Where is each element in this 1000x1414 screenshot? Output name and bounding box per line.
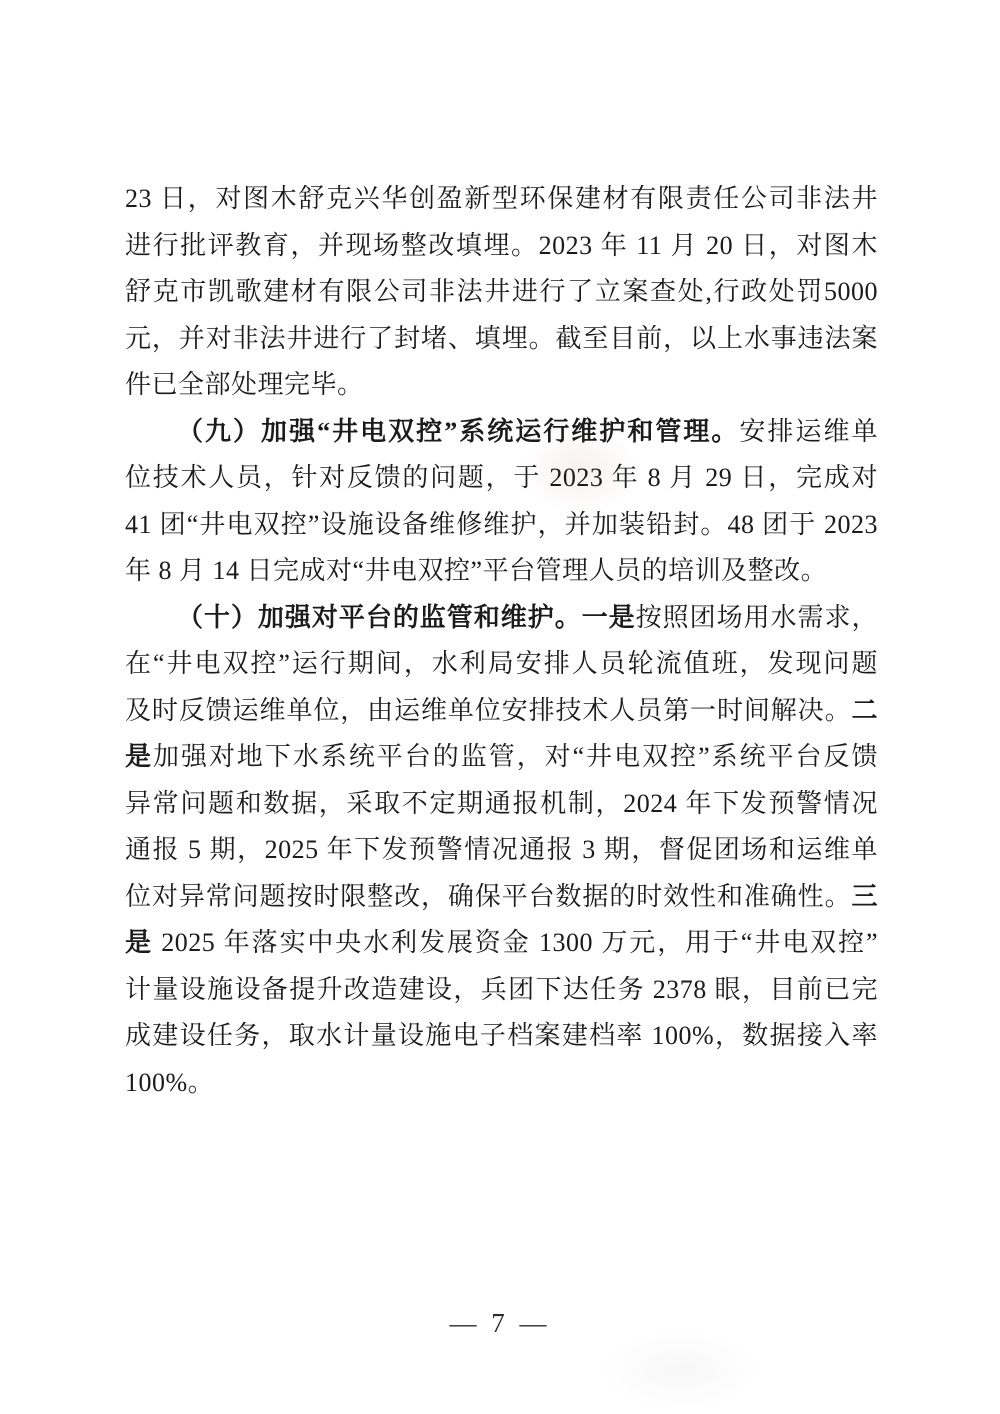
bold-text: 二 bbox=[851, 696, 878, 725]
text-line: 41 团“井电双控”设施设备维修维护，并加装铅封。48 团于 2023 bbox=[125, 502, 878, 549]
body-text: 41 团“井电双控”设施设备维修维护，并加装铅封。48 团于 2023 bbox=[125, 510, 878, 539]
text-line: 成建设任务，取水计量设施电子档案建档率 100%，数据接入率 bbox=[125, 1013, 878, 1060]
document-body: 23 日，对图木舒克兴华创盈新型环保建材有限责任公司非法井进行批评教育，并现场整… bbox=[125, 176, 878, 1106]
body-text: 舒克市凯歌建材有限公司非法井进行了立案查处,行政处罚5000 bbox=[125, 277, 878, 306]
body-text: 位对异常问题按时限整改，确保平台数据的时效性和准确性。 bbox=[125, 882, 851, 911]
bold-text: 一是 bbox=[582, 603, 636, 632]
text-line: 是 2025 年落实中央水利发展资金 1300 万元，用于“井电双控” bbox=[125, 920, 878, 967]
body-text: 安排运维单 bbox=[739, 417, 878, 446]
text-line: 舒克市凯歌建材有限公司非法井进行了立案查处,行政处罚5000 bbox=[125, 269, 878, 316]
body-text: 年 8 月 14 日完成对“井电双控”平台管理人员的培训及整改。 bbox=[125, 556, 827, 585]
text-line: 进行批评教育，并现场整改填埋。2023 年 11 月 20 日，对图木 bbox=[125, 223, 878, 270]
page-number: — 7 — bbox=[0, 1308, 1000, 1339]
body-text: 成建设任务，取水计量设施电子档案建档率 100%，数据接入率 bbox=[125, 1021, 878, 1050]
scan-smudge bbox=[600, 1330, 760, 1410]
body-text: 加强对地下水系统平台的监管，对“井电双控”系统平台反馈 bbox=[153, 742, 878, 771]
body-text: 位技术人员，针对反馈的问题，于 2023 年 8 月 29 日，完成对 bbox=[125, 463, 878, 492]
paragraph: （十）加强对平台的监管和维护。一是按照团场用水需求，在“井电双控”运行期间，水利… bbox=[125, 595, 878, 1107]
body-text: 23 日，对图木舒克兴华创盈新型环保建材有限责任公司非法井 bbox=[125, 184, 878, 213]
paragraph: （九）加强“井电双控”系统运行维护和管理。安排运维单位技术人员，针对反馈的问题，… bbox=[125, 409, 878, 595]
body-text: 计量设施设备提升改造建设，兵团下达任务 2378 眼，目前已完 bbox=[125, 975, 878, 1004]
bold-text: 是 bbox=[125, 928, 153, 957]
text-line: 计量设施设备提升改造建设，兵团下达任务 2378 眼，目前已完 bbox=[125, 967, 878, 1014]
text-line: 位技术人员，针对反馈的问题，于 2023 年 8 月 29 日，完成对 bbox=[125, 455, 878, 502]
text-line: 及时反馈运维单位，由运维单位安排技术人员第一时间解决。二 bbox=[125, 688, 878, 735]
text-line: 是加强对地下水系统平台的监管，对“井电双控”系统平台反馈 bbox=[125, 734, 878, 781]
text-line: 元，并对非法井进行了封堵、填埋。截至目前，以上水事违法案 bbox=[125, 316, 878, 363]
text-line: 通报 5 期，2025 年下发预警情况通报 3 期，督促团场和运维单 bbox=[125, 827, 878, 874]
paragraph: 23 日，对图木舒克兴华创盈新型环保建材有限责任公司非法井进行批评教育，并现场整… bbox=[125, 176, 878, 409]
text-line: 件已全部处理完毕。 bbox=[125, 362, 878, 409]
text-line: 23 日，对图木舒克兴华创盈新型环保建材有限责任公司非法井 bbox=[125, 176, 878, 223]
body-text: 异常问题和数据，采取不定期通报机制，2024 年下发预警情况 bbox=[125, 789, 878, 818]
bold-text: 是 bbox=[125, 742, 153, 771]
text-line: 异常问题和数据，采取不定期通报机制，2024 年下发预警情况 bbox=[125, 781, 878, 828]
body-text: 2025 年落实中央水利发展资金 1300 万元，用于“井电双控” bbox=[153, 928, 878, 957]
bold-text: 三 bbox=[851, 882, 878, 911]
bold-text: （九）加强“井电双控”系统运行维护和管理。 bbox=[177, 417, 739, 446]
body-text: 100%。 bbox=[125, 1068, 214, 1097]
bold-text: （十）加强对平台的监管和维护。 bbox=[177, 603, 582, 632]
body-text: 进行批评教育，并现场整改填埋。2023 年 11 月 20 日，对图木 bbox=[125, 231, 878, 260]
text-line: 在“井电双控”运行期间，水利局安排人员轮流值班，发现问题 bbox=[125, 641, 878, 688]
text-line: 位对异常问题按时限整改，确保平台数据的时效性和准确性。三 bbox=[125, 874, 878, 921]
body-text: 通报 5 期，2025 年下发预警情况通报 3 期，督促团场和运维单 bbox=[125, 835, 878, 864]
body-text: 在“井电双控”运行期间，水利局安排人员轮流值班，发现问题 bbox=[125, 649, 878, 678]
body-text: 及时反馈运维单位，由运维单位安排技术人员第一时间解决。 bbox=[125, 696, 851, 725]
text-line: 年 8 月 14 日完成对“井电双控”平台管理人员的培训及整改。 bbox=[125, 548, 878, 595]
body-text: 按照团场用水需求， bbox=[636, 603, 878, 632]
body-text: 件已全部处理完毕。 bbox=[125, 370, 364, 399]
text-line: （十）加强对平台的监管和维护。一是按照团场用水需求， bbox=[125, 595, 878, 642]
text-line: （九）加强“井电双控”系统运行维护和管理。安排运维单 bbox=[125, 409, 878, 456]
document-page: 23 日，对图木舒克兴华创盈新型环保建材有限责任公司非法井进行批评教育，并现场整… bbox=[0, 0, 1000, 1414]
text-line: 100%。 bbox=[125, 1060, 878, 1107]
body-text: 元，并对非法井进行了封堵、填埋。截至目前，以上水事违法案 bbox=[125, 324, 878, 353]
